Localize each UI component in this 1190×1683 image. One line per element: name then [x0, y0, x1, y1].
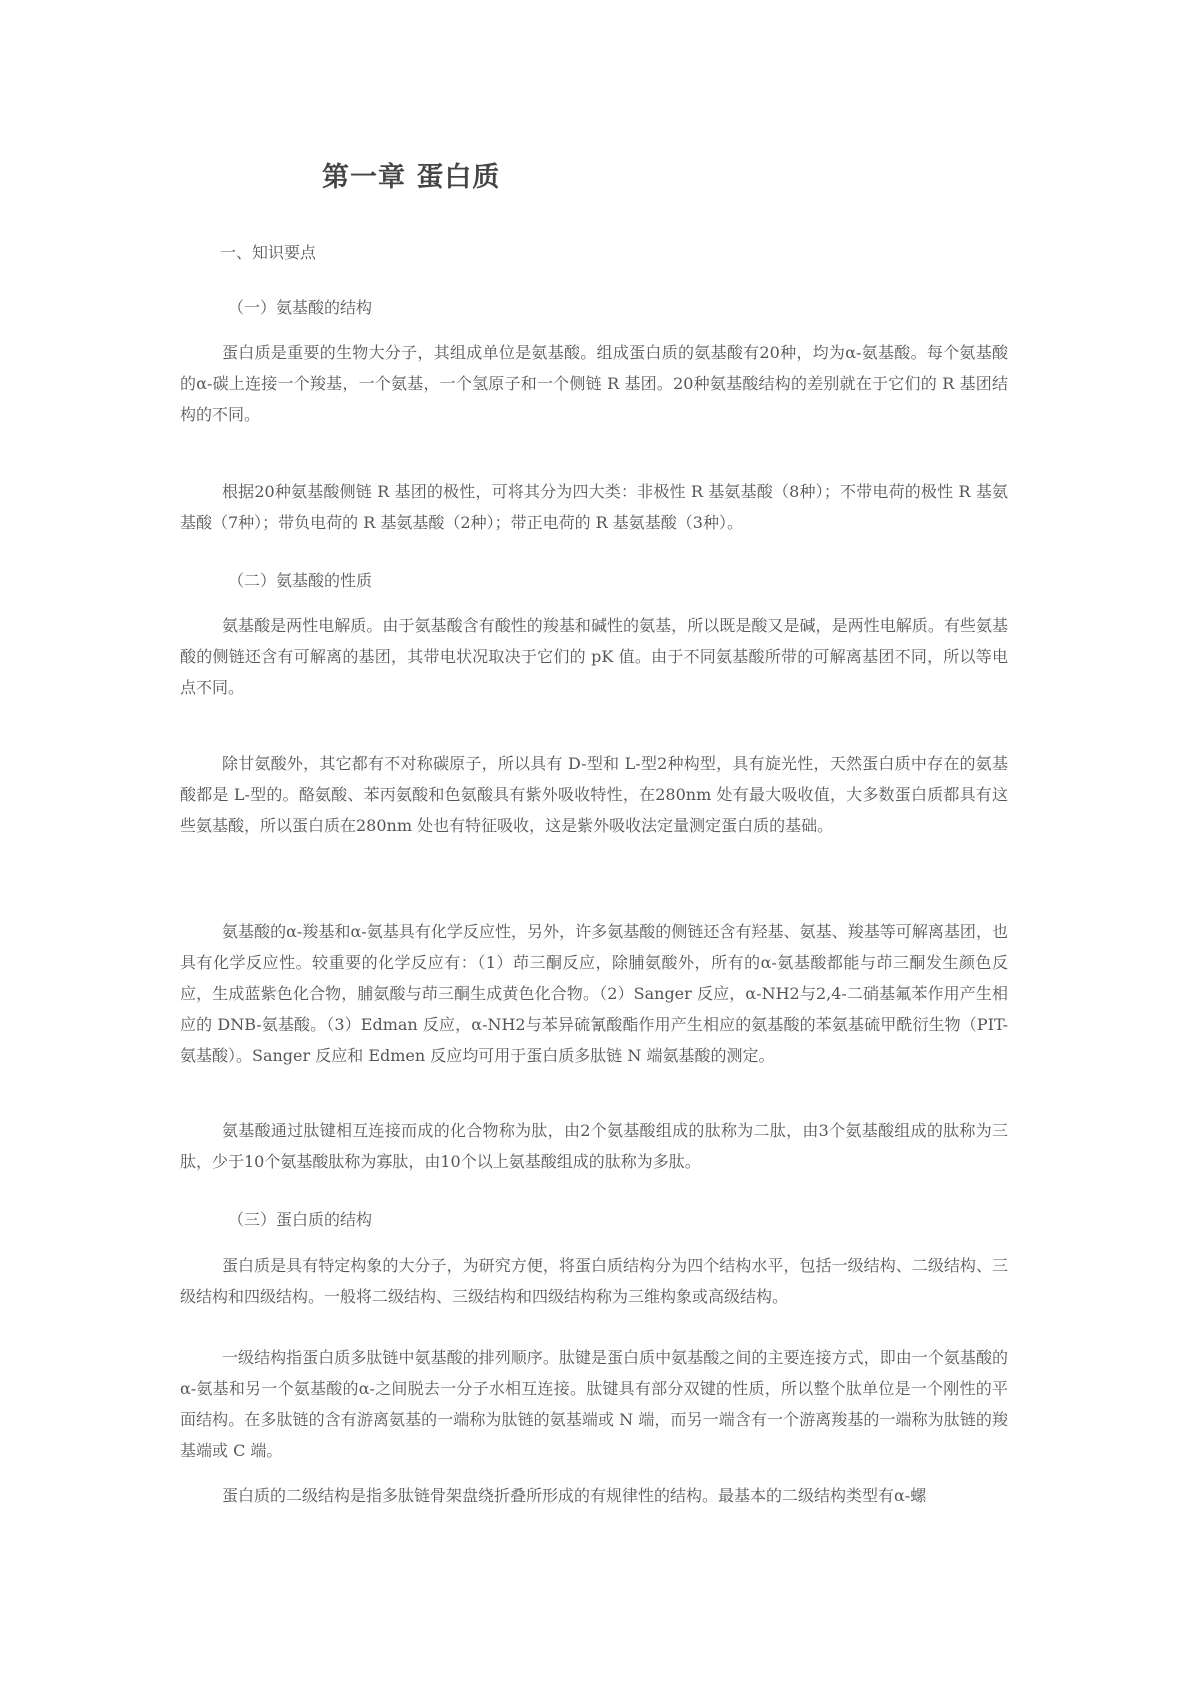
chapter-title: 第一章 蛋白质 — [322, 155, 500, 194]
paragraph: 氨基酸通过肽键相互连接而成的化合物称为肽，由2个氨基酸组成的肽称为二肽，由3个氨… — [180, 1115, 1008, 1177]
paragraph: 蛋白质是具有特定构象的大分子，为研究方便，将蛋白质结构分为四个结构水平，包括一级… — [180, 1250, 1008, 1312]
subsection-heading-amino-acid-properties: （二）氨基酸的性质 — [228, 568, 372, 591]
subsection-heading-amino-acid-structure: （一）氨基酸的结构 — [228, 295, 372, 318]
paragraph: 根据20种氨基酸侧链 R 基团的极性，可将其分为四大类：非极性 R 基氨基酸（8… — [180, 476, 1008, 538]
subsection-heading-protein-structure: （三）蛋白质的结构 — [228, 1207, 372, 1230]
paragraph: 一级结构指蛋白质多肽链中氨基酸的排列顺序。肽键是蛋白质中氨基酸之间的主要连接方式… — [180, 1342, 1008, 1466]
paragraph: 氨基酸是两性电解质。由于氨基酸含有酸性的羧基和碱性的氨基，所以既是酸又是碱，是两… — [180, 610, 1008, 703]
paragraph: 蛋白质是重要的生物大分子，其组成单位是氨基酸。组成蛋白质的氨基酸有20种，均为α… — [180, 337, 1008, 430]
section-heading: 一、知识要点 — [220, 240, 316, 263]
paragraph: 氨基酸的α-羧基和α-氨基具有化学反应性，另外，许多氨基酸的侧链还含有羟基、氨基… — [180, 916, 1008, 1071]
paragraph: 蛋白质的二级结构是指多肽链骨架盘绕折叠所形成的有规律性的结构。最基本的二级结构类… — [180, 1480, 1008, 1511]
paragraph: 除甘氨酸外，其它都有不对称碳原子，所以具有 D-型和 L-型2种构型，具有旋光性… — [180, 748, 1008, 841]
document-page: 第一章 蛋白质 一、知识要点 （一）氨基酸的结构 蛋白质是重要的生物大分子，其组… — [0, 0, 1190, 1683]
